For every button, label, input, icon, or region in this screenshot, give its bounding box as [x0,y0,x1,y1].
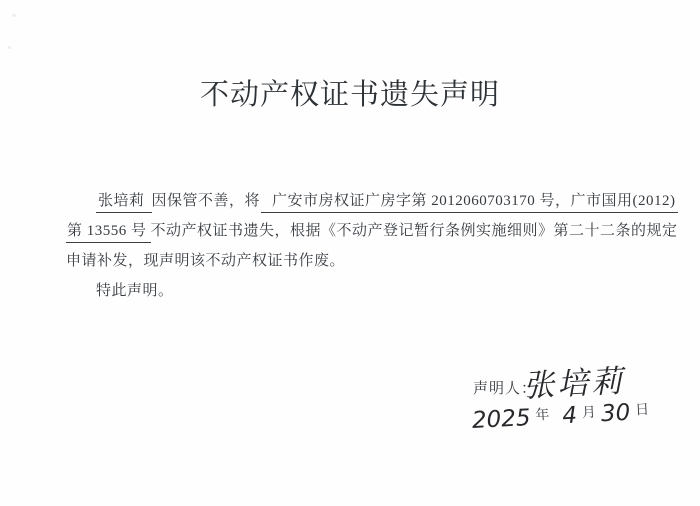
paragraph-text-after-name: 因保管不善，将 [152,193,261,209]
date-day-unit: 日 [635,403,650,419]
certificate-number-underlined-part2: 第 13556 号 [66,222,151,243]
handwritten-date-day: 30 [600,400,631,427]
paragraph-line-3: 申请补发，现声明该不动产权证书作废。 [66,246,642,276]
handwritten-date-year: 2025 [471,405,531,434]
date-year-unit: 年 [535,408,550,424]
certificate-number-underlined-part1: 广安市房权证广房字第 2012060703170 号，广市国用(2012) [261,192,678,213]
date-month-unit: 月 [582,406,597,422]
handwritten-date-month: 4 [562,403,578,430]
scan-artifact [8,46,11,49]
document-page: 不动产权证书遗失声明 张培莉因保管不善，将广安市房权证广房字第 20120607… [0,0,700,506]
document-title: 不动产权证书遗失声明 [0,72,700,113]
paragraph-line-2-text: 不动产权证书遗失，根据《不动产登记暂行条例实施细则》第二十二条的规定 [151,223,678,239]
closing-statement: 特此声明。 [66,276,642,306]
handwritten-signature: 张培莉 [522,355,626,405]
declaration-paragraph: 张培莉因保管不善，将广安市房权证广房字第 2012060703170 号，广市国… [66,186,642,306]
paragraph-line-3-text: 申请补发，现声明该不动产权证书作废。 [66,253,345,269]
declarant-name-underlined: 张培莉 [96,192,152,213]
closing-statement-text: 特此声明。 [96,283,174,299]
scan-artifact [12,14,16,17]
handwritten-date: 2025年4月30日 [471,399,642,434]
paragraph-line-1: 张培莉因保管不善，将广安市房权证广房字第 2012060703170 号，广市国… [66,186,642,216]
paragraph-line-2: 第 13556 号不动产权证书遗失，根据《不动产登记暂行条例实施细则》第二十二条… [66,216,642,246]
